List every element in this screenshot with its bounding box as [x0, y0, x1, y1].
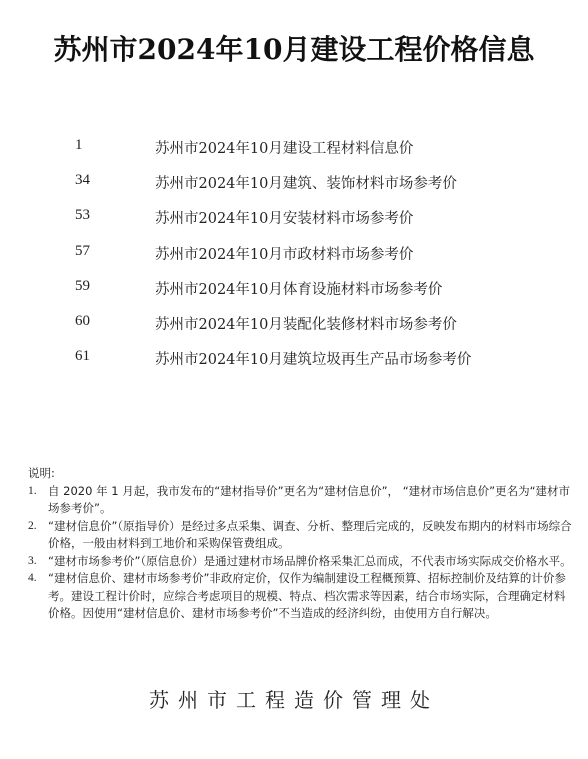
issuer-signature: 苏州市工程造价管理处	[0, 684, 588, 713]
note-item: 4. “建材信息价、建材市场参考价”非政府定价，仅作为编制建设工程概预算、招标控…	[28, 570, 573, 623]
note-item: 2. “建材信息价”（原指导价）是经过多点采集、调查、分析、整理后完成的，反映发…	[28, 518, 573, 553]
toc-page-number: 60	[75, 313, 90, 330]
toc-page-number: 53	[75, 207, 90, 224]
toc-entry: 1 苏州市2024年10月建设工程材料信息价	[0, 137, 588, 157]
toc-page-number: 1	[75, 137, 83, 154]
toc-page-number: 34	[75, 172, 90, 189]
toc-entry: 61 苏州市2024年10月建筑垃圾再生产品市场参考价	[0, 348, 588, 368]
toc-label: 苏州市2024年10月市政材料市场参考价	[155, 243, 413, 264]
note-text: “建材信息价、建材市场参考价”非政府定价，仅作为编制建设工程概预算、招标控制价及…	[48, 571, 566, 620]
toc-page-number: 59	[75, 278, 90, 295]
document-title: 苏州市2024年10月建设工程价格信息	[0, 28, 588, 68]
toc-entry: 53 苏州市2024年10月安装材料市场参考价	[0, 207, 588, 227]
toc-label: 苏州市2024年10月装配化装修材料市场参考价	[155, 313, 457, 334]
note-text: “建材市场参考价”（原信息价）是通过建材市场品牌价格采集汇总而成，不代表市场实际…	[48, 554, 572, 568]
notes-section: 说明: 1. 自 2020 年 1 月起，我市发布的“建材指导价”更名为“建材信…	[28, 465, 573, 623]
note-item: 1. 自 2020 年 1 月起，我市发布的“建材指导价”更名为“建材信息价”，…	[28, 483, 573, 518]
note-number: 1.	[28, 483, 37, 501]
toc-label: 苏州市2024年10月建筑、装饰材料市场参考价	[155, 172, 457, 193]
toc-label: 苏州市2024年10月建筑垃圾再生产品市场参考价	[155, 348, 471, 369]
toc-label: 苏州市2024年10月建设工程材料信息价	[155, 137, 413, 158]
note-item: 3. “建材市场参考价”（原信息价）是通过建材市场品牌价格采集汇总而成，不代表市…	[28, 553, 573, 571]
toc-page-number: 61	[75, 348, 90, 365]
note-number: 3.	[28, 553, 37, 571]
notes-heading: 说明:	[28, 465, 573, 483]
toc-entry: 59 苏州市2024年10月体育设施材料市场参考价	[0, 278, 588, 298]
toc-page-number: 57	[75, 243, 90, 260]
note-number: 4.	[28, 570, 37, 588]
note-text: 自 2020 年 1 月起，我市发布的“建材指导价”更名为“建材信息价”， “建…	[48, 484, 570, 516]
toc-entry: 34 苏州市2024年10月建筑、装饰材料市场参考价	[0, 172, 588, 192]
toc-label: 苏州市2024年10月体育设施材料市场参考价	[155, 278, 442, 299]
note-text: “建材信息价”（原指导价）是经过多点采集、调查、分析、整理后完成的，反映发布期内…	[48, 519, 572, 551]
toc-label: 苏州市2024年10月安装材料市场参考价	[155, 207, 413, 228]
toc-entry: 57 苏州市2024年10月市政材料市场参考价	[0, 243, 588, 263]
toc-entry: 60 苏州市2024年10月装配化装修材料市场参考价	[0, 313, 588, 333]
note-number: 2.	[28, 518, 37, 536]
